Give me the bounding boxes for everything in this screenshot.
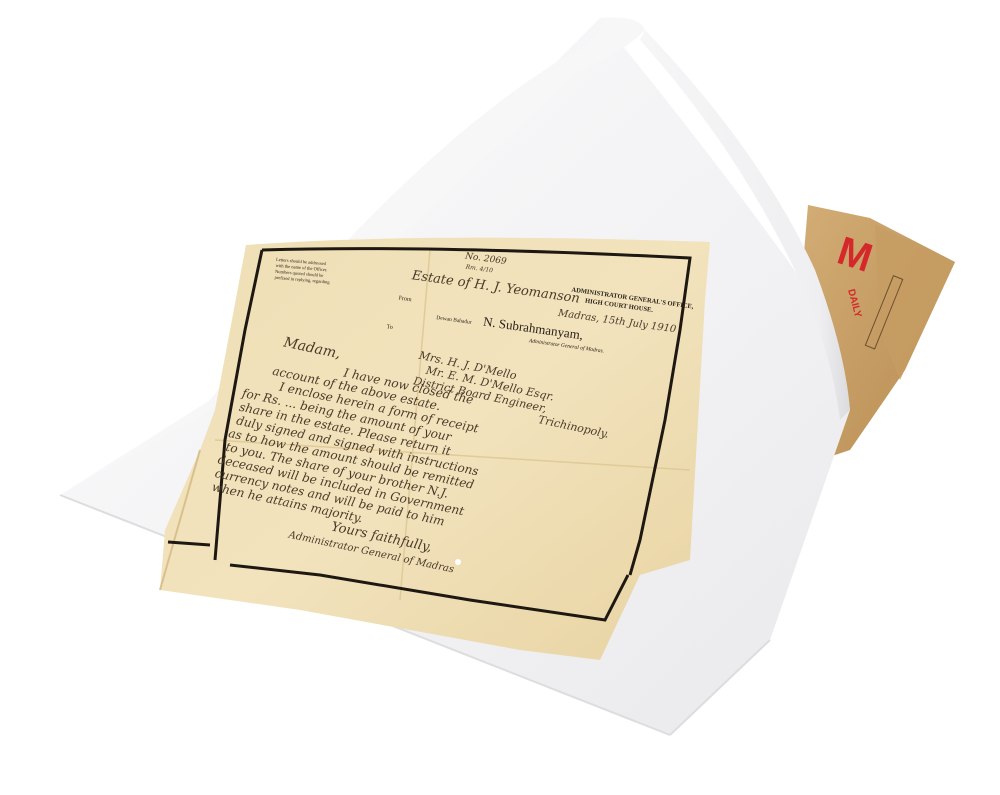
photo-scene: M DAILY Letters should be addressed with… (0, 0, 1000, 795)
photo-canvas: M DAILY Letters should be addressed with… (0, 0, 1000, 795)
historical-letter: Letters should be addressed with the nam… (160, 238, 710, 660)
to-label: To (386, 324, 393, 331)
punch-hole (455, 559, 461, 565)
